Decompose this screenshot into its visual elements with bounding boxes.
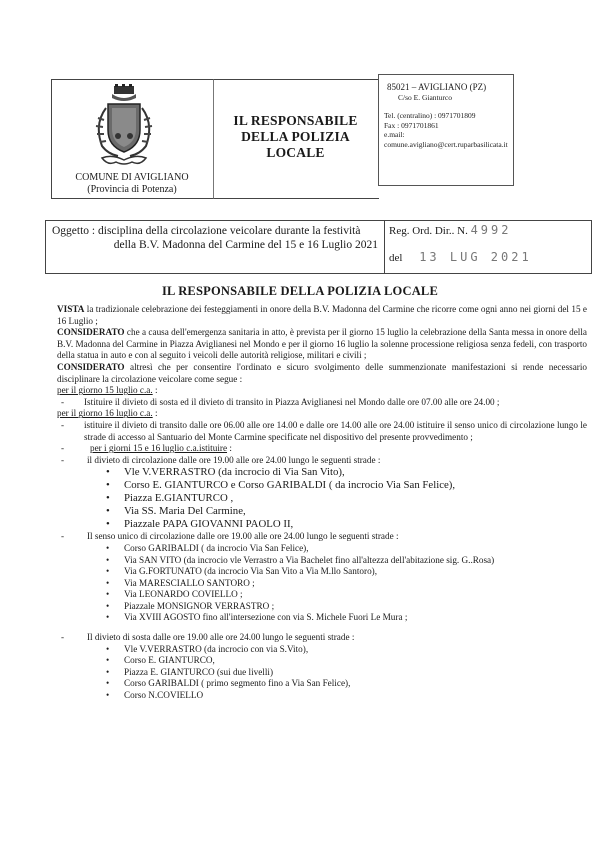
date-stamp: 13 LUG 2021 bbox=[419, 250, 531, 264]
day16-item: - istituire il divieto di transito dalle… bbox=[57, 420, 587, 443]
subject-label: Oggetto : bbox=[52, 225, 95, 237]
street-list-item: Vle V.VERRASTRO (da incrocio di Via San … bbox=[57, 466, 587, 479]
dash-marker: - bbox=[61, 531, 64, 543]
heading-suffix: : bbox=[153, 385, 158, 395]
street-list-item: Corso E. GIANTURCO, bbox=[57, 655, 587, 667]
street-list-item: Vle V.VERRASTRO (da incrocio con via S.V… bbox=[57, 644, 587, 656]
day15-heading: per il giorno 15 luglio c.a. : bbox=[57, 385, 587, 397]
no-parking-intro: - Il divieto di sosta dalle ore 19.00 al… bbox=[57, 632, 587, 644]
address-email: comune.avigliano@cert.ruparbasilicata.it bbox=[384, 140, 512, 150]
street-list-item: Via SS. Maria Del Carmine, bbox=[57, 505, 587, 518]
day15-heading-text: per il giorno 15 luglio c.a. bbox=[57, 385, 153, 395]
no-parking-intro-text: Il divieto di sosta dalle ore 19.00 alle… bbox=[87, 632, 354, 642]
dash-marker: - bbox=[61, 443, 64, 455]
dash-marker: - bbox=[61, 632, 64, 644]
registration-date: del 13 LUG 2021 bbox=[389, 250, 532, 264]
vista-paragraph: VISTA la tradizionale celebrazione dei f… bbox=[57, 304, 587, 327]
no-parking-list: Vle V.VERRASTRO (da incrocio con via S.V… bbox=[57, 644, 587, 702]
office-title-line: IL RESPONSABILE bbox=[213, 113, 378, 129]
street-list-item: Corso GARIBALDI ( da incrocio Via San Fe… bbox=[57, 543, 587, 555]
registration-number: Reg. Ord. Dir.. N. 4992 bbox=[389, 223, 511, 237]
municipality-name: COMUNE DI AVIGLIANO (Provincia di Potenz… bbox=[51, 172, 213, 196]
one-way-list: Corso GARIBALDI ( da incrocio Via San Fe… bbox=[57, 543, 587, 624]
document-body: VISTA la tradizionale celebrazione dei f… bbox=[57, 304, 587, 702]
day15-item: - Istituire il divieto di sosta ed il di… bbox=[57, 397, 587, 409]
day16-heading: per il giorno 16 luglio c.a. : bbox=[57, 408, 587, 420]
both-days-heading-text: per i giorni 15 e 16 luglio c.a.istituir… bbox=[90, 443, 227, 453]
one-way-intro: - Il senso unico di circolazione dalle o… bbox=[57, 531, 587, 543]
subject-line-2: della B.V. Madonna del Carmine del 15 e … bbox=[52, 238, 382, 252]
address-street: C/so E. Gianturco bbox=[384, 93, 512, 104]
ban-circulation-intro: - il divieto di circolazione dalle ore 1… bbox=[57, 455, 587, 467]
street-list-item: Corso GARIBALDI ( primo segmento fino a … bbox=[57, 678, 587, 690]
date-label: del bbox=[389, 252, 402, 264]
dash-marker: - bbox=[61, 455, 64, 467]
street-list-item: Via LEONARDO COVIELLO ; bbox=[57, 589, 587, 601]
coat-of-arms-icon bbox=[88, 84, 160, 168]
street-list-item: Via MARESCIALLO SANTORO ; bbox=[57, 578, 587, 590]
subject-text: Oggetto : disciplina della circolazione … bbox=[52, 224, 382, 252]
street-list-item: Via G.FORTUNATO (da incrocio Via San Vit… bbox=[57, 566, 587, 578]
heading-suffix: : bbox=[153, 408, 158, 418]
day16-item-text: istituire il divieto di transito dalle o… bbox=[84, 420, 587, 442]
office-title: IL RESPONSABILE DELLA POLIZIA LOCALE bbox=[213, 113, 378, 161]
vista-text: la tradizionale celebrazione dei festegg… bbox=[57, 304, 587, 326]
vista-keyword: VISTA bbox=[57, 304, 84, 314]
address-email-label: e.mail: bbox=[384, 130, 512, 140]
municipality-label: COMUNE DI AVIGLIANO bbox=[51, 172, 213, 184]
heading-suffix: : bbox=[227, 443, 232, 453]
subject-divider bbox=[384, 220, 385, 273]
address-city: 85021 – AVIGLIANO (PZ) bbox=[384, 82, 512, 93]
considerato-paragraph-2: CONSIDERATO altresì che per consentire l… bbox=[57, 362, 587, 385]
province-label: (Provincia di Potenza) bbox=[51, 184, 213, 196]
considerato-text: altresì che per consentire l'ordinato e … bbox=[57, 362, 587, 384]
day15-item-text: Istituire il divieto di sosta ed il divi… bbox=[84, 397, 499, 407]
street-list-item: Piazzale MONSIGNOR VERRASTRO ; bbox=[57, 601, 587, 613]
address-phone: Tel. (centralino) : 0971701809 bbox=[384, 111, 512, 121]
considerato-paragraph-1: CONSIDERATO che a causa dell'emergenza s… bbox=[57, 327, 587, 362]
street-list-item: Corso E. GIANTURCO e Corso GARIBALDI ( d… bbox=[57, 479, 587, 492]
street-list-item: Piazza E. GIANTURCO (sui due livelli) bbox=[57, 667, 587, 679]
ban-circulation-intro-text: il divieto di circolazione dalle ore 19.… bbox=[87, 455, 380, 465]
considerato-keyword: CONSIDERATO bbox=[57, 327, 125, 337]
address-fax: Fax : 0971701861 bbox=[384, 121, 512, 131]
registration-label: Reg. Ord. Dir.. N. bbox=[389, 225, 468, 237]
ban-circulation-list: Vle V.VERRASTRO (da incrocio di Via San … bbox=[57, 466, 587, 531]
one-way-intro-text: Il senso unico di circolazione dalle ore… bbox=[87, 531, 399, 541]
dash-marker: - bbox=[61, 420, 64, 432]
both-days-heading: - per i giorni 15 e 16 luglio c.a.istitu… bbox=[57, 443, 587, 455]
considerato-keyword: CONSIDERATO bbox=[57, 362, 125, 372]
day16-heading-text: per il giorno 16 luglio c.a. bbox=[57, 408, 153, 418]
office-title-line: LOCALE bbox=[213, 145, 378, 161]
office-title-line: DELLA POLIZIA bbox=[213, 129, 378, 145]
street-list-item: Via XVIII AGOSTO fino all'intersezione c… bbox=[57, 612, 587, 624]
dash-marker: - bbox=[61, 397, 64, 409]
street-list-item: Corso N.COVIELLO bbox=[57, 690, 587, 702]
document-title: IL RESPONSABILE DELLA POLIZIA LOCALE bbox=[0, 284, 600, 299]
street-list-item: Piazzale PAPA GIOVANNI PAOLO II, bbox=[57, 518, 587, 531]
street-list-item: Via SAN VITO (da incrocio vle Verrastro … bbox=[57, 555, 587, 567]
subject-line-1: disciplina della circolazione veicolare … bbox=[98, 225, 360, 237]
registration-stamp: 4992 bbox=[471, 223, 512, 237]
considerato-text: che a causa dell'emergenza sanitaria in … bbox=[57, 327, 587, 360]
office-address: 85021 – AVIGLIANO (PZ) C/so E. Gianturco… bbox=[384, 82, 512, 149]
street-list-item: Piazza E.GIANTURCO , bbox=[57, 492, 587, 505]
